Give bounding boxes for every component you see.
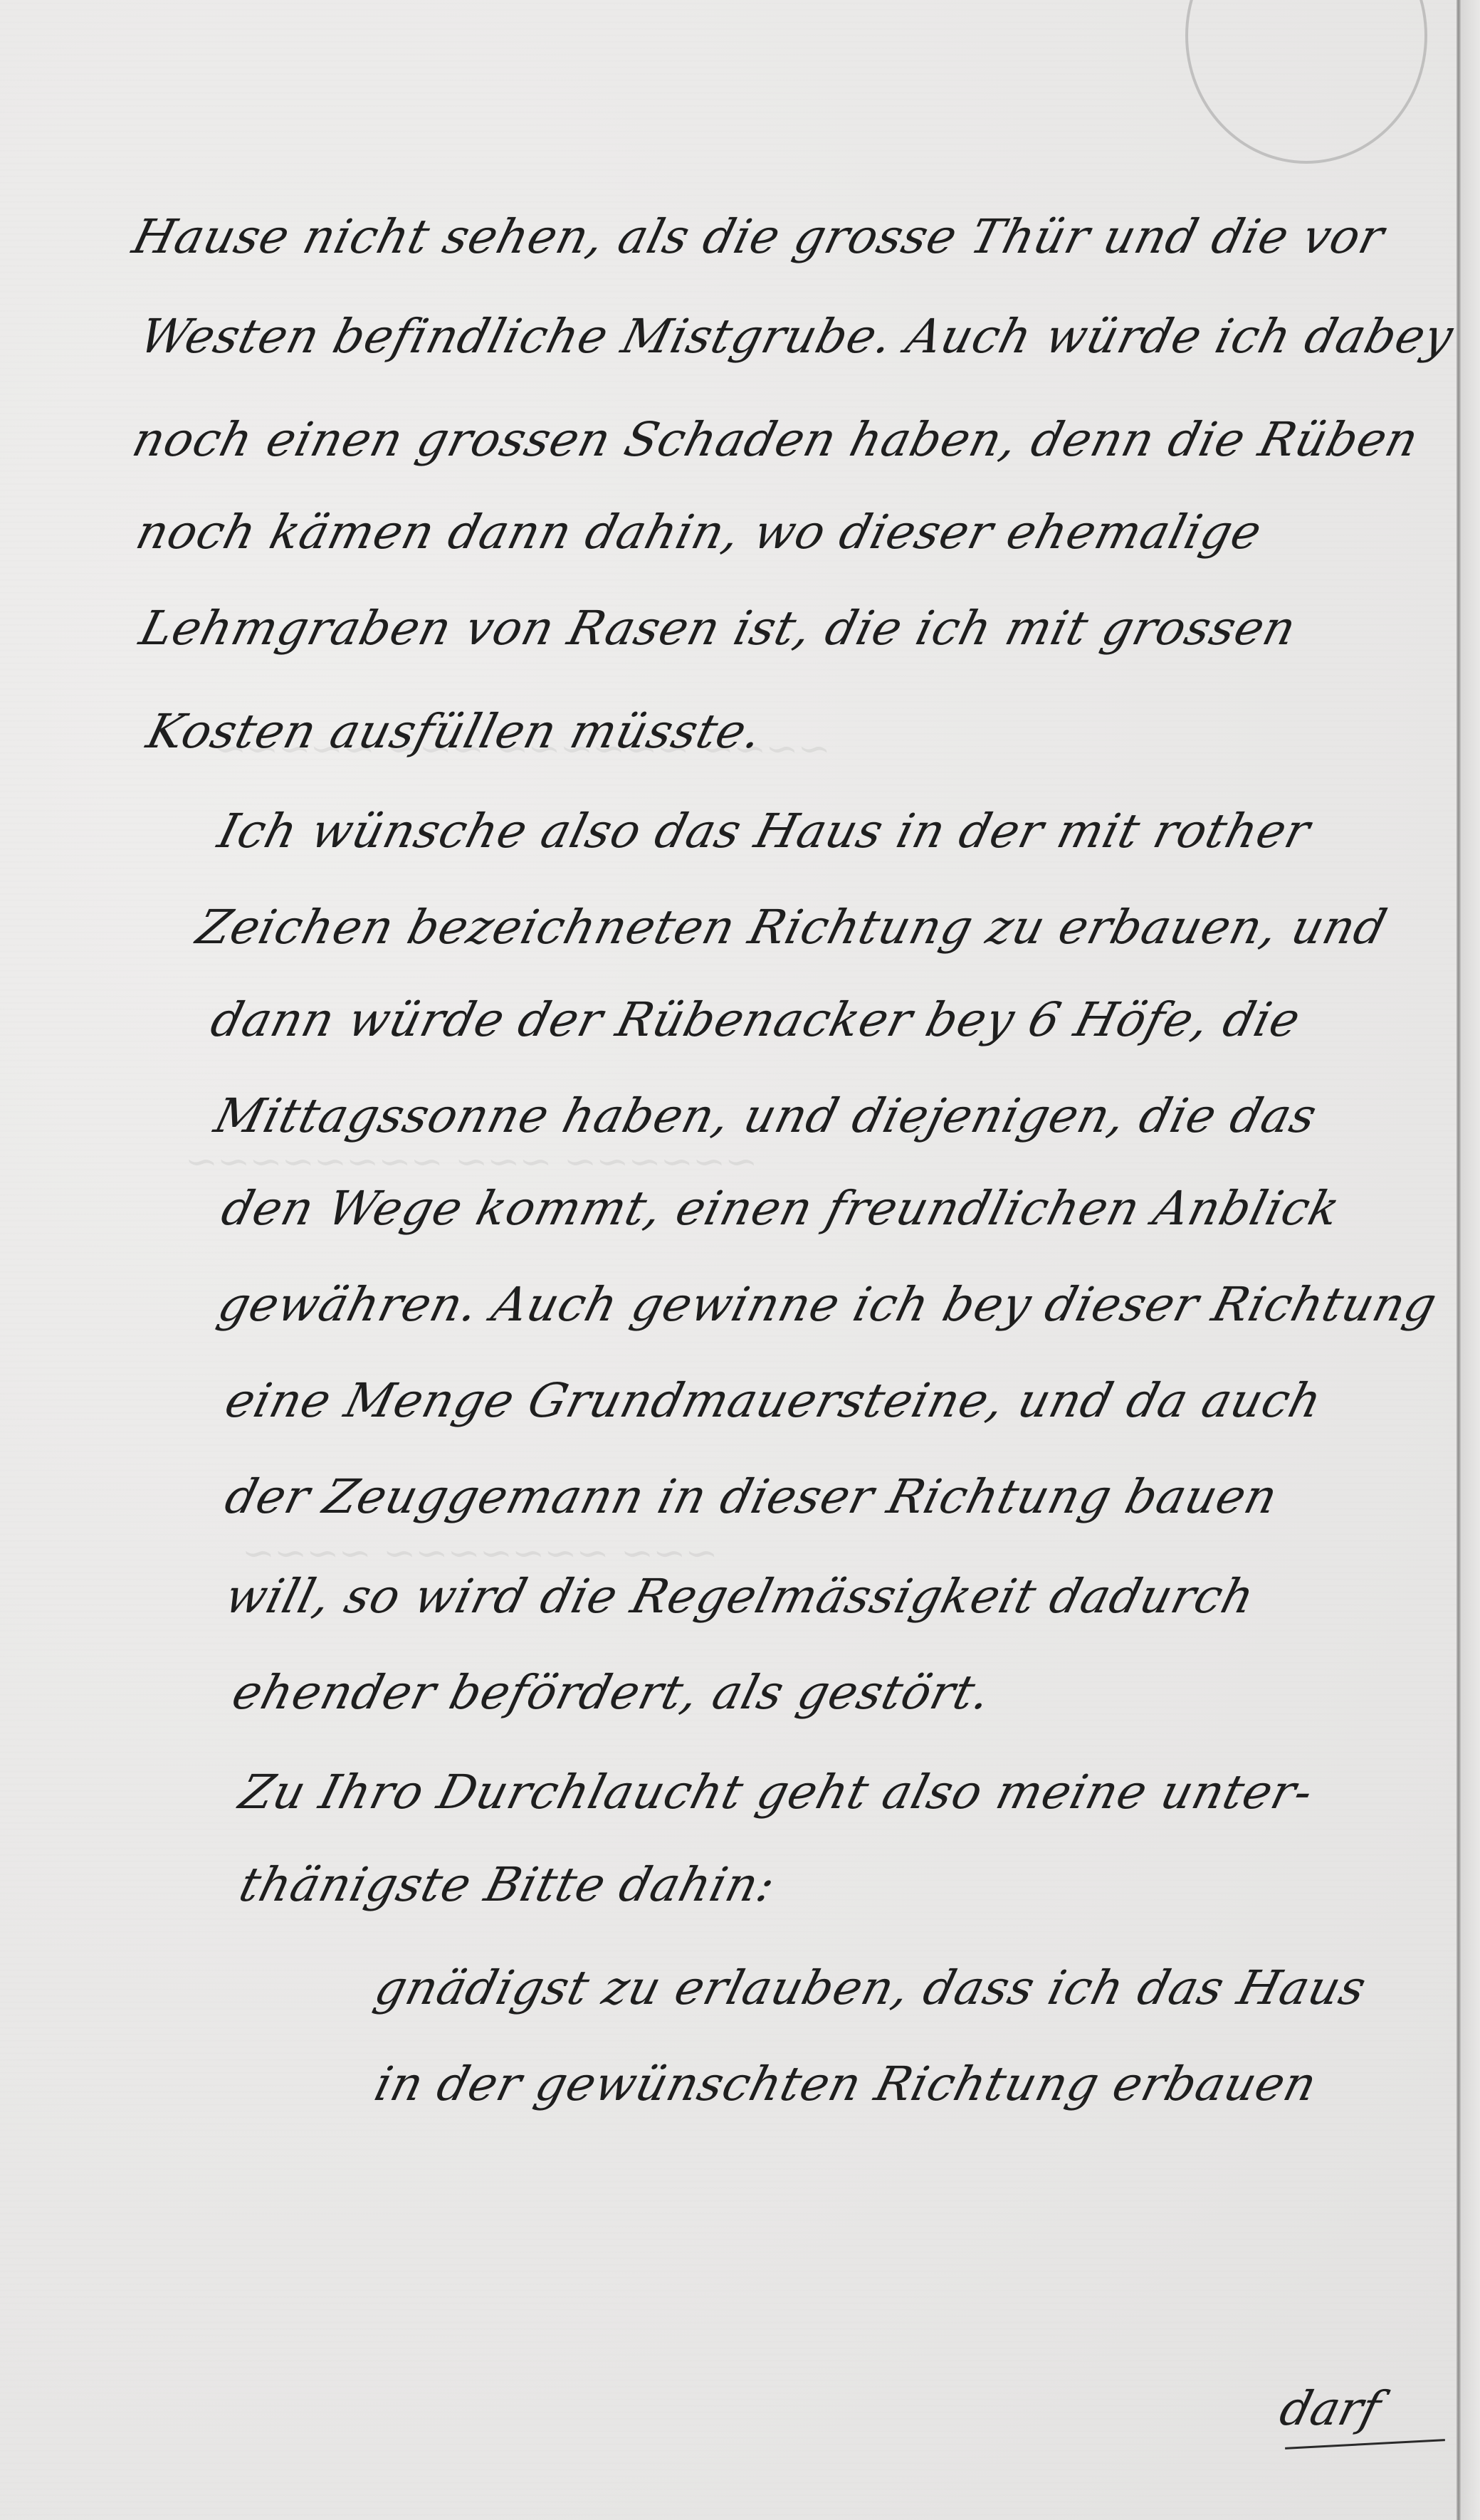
text-line: dann würde der Rübenacker bey 6 Höfe, di… (206, 997, 1305, 1044)
text-line: Mittagssonne haben, und diejenigen, die … (210, 1093, 1321, 1140)
text-line: thänigste Bitte dahin: (235, 1862, 780, 1909)
text-line: ehender befördert, als gestört. (228, 1669, 996, 1716)
text-line: der Zeuggemann in dieser Richtung bauen (221, 1474, 1282, 1521)
text-line: eine Menge Grundmauersteine, und da auch (221, 1377, 1326, 1424)
text-line: Kosten ausfüllen müsste. (142, 708, 767, 755)
text-line: Zeichen bezeichneten Richtung zu erbauen… (192, 904, 1392, 951)
adjacent-page-edge (1461, 0, 1480, 2520)
text-line: Zu Ihro Durchlaucht geht also meine unte… (235, 1769, 1318, 1816)
text-line: Lehmgraben von Rasen ist, die ich mit gr… (135, 605, 1301, 652)
text-line: in der gewünschten Richtung erbauen (370, 2061, 1321, 2108)
text-line: noch einen grossen Schaden haben, denn d… (128, 416, 1423, 463)
text-line: gewähren. Auch gewinne ich bey dieser Ri… (214, 1281, 1442, 1328)
manuscript-page: ~~~~ ~~~~~~ ~~~ ~~~~~ ~~~~~~ ~~~ ~~~~~~~… (0, 0, 1480, 2520)
catchword-underline (1285, 2439, 1445, 2450)
text-line: gnädigst zu erlauben, dass ich das Haus (370, 1965, 1371, 2012)
text-line: Westen befindliche Mistgrube. Auch würde… (135, 313, 1458, 360)
catchword: darf (1274, 2381, 1386, 2436)
text-line: den Wege kommt, einen freundlichen Anbli… (217, 1185, 1345, 1232)
archive-stamp (1185, 0, 1427, 164)
text-line: Hause nicht sehen, als die grosse Thür u… (128, 214, 1389, 261)
text-line: noch kämen dann dahin, wo dieser ehemali… (132, 509, 1266, 556)
bleed-through: ~~~~~~ ~~~ ~~~~~~~~ (180, 1139, 762, 1184)
text-line: will, so wird die Regelmässigkeit dadurc… (221, 1573, 1259, 1620)
text-line: Ich wünsche also das Haus in der mit rot… (214, 808, 1315, 855)
